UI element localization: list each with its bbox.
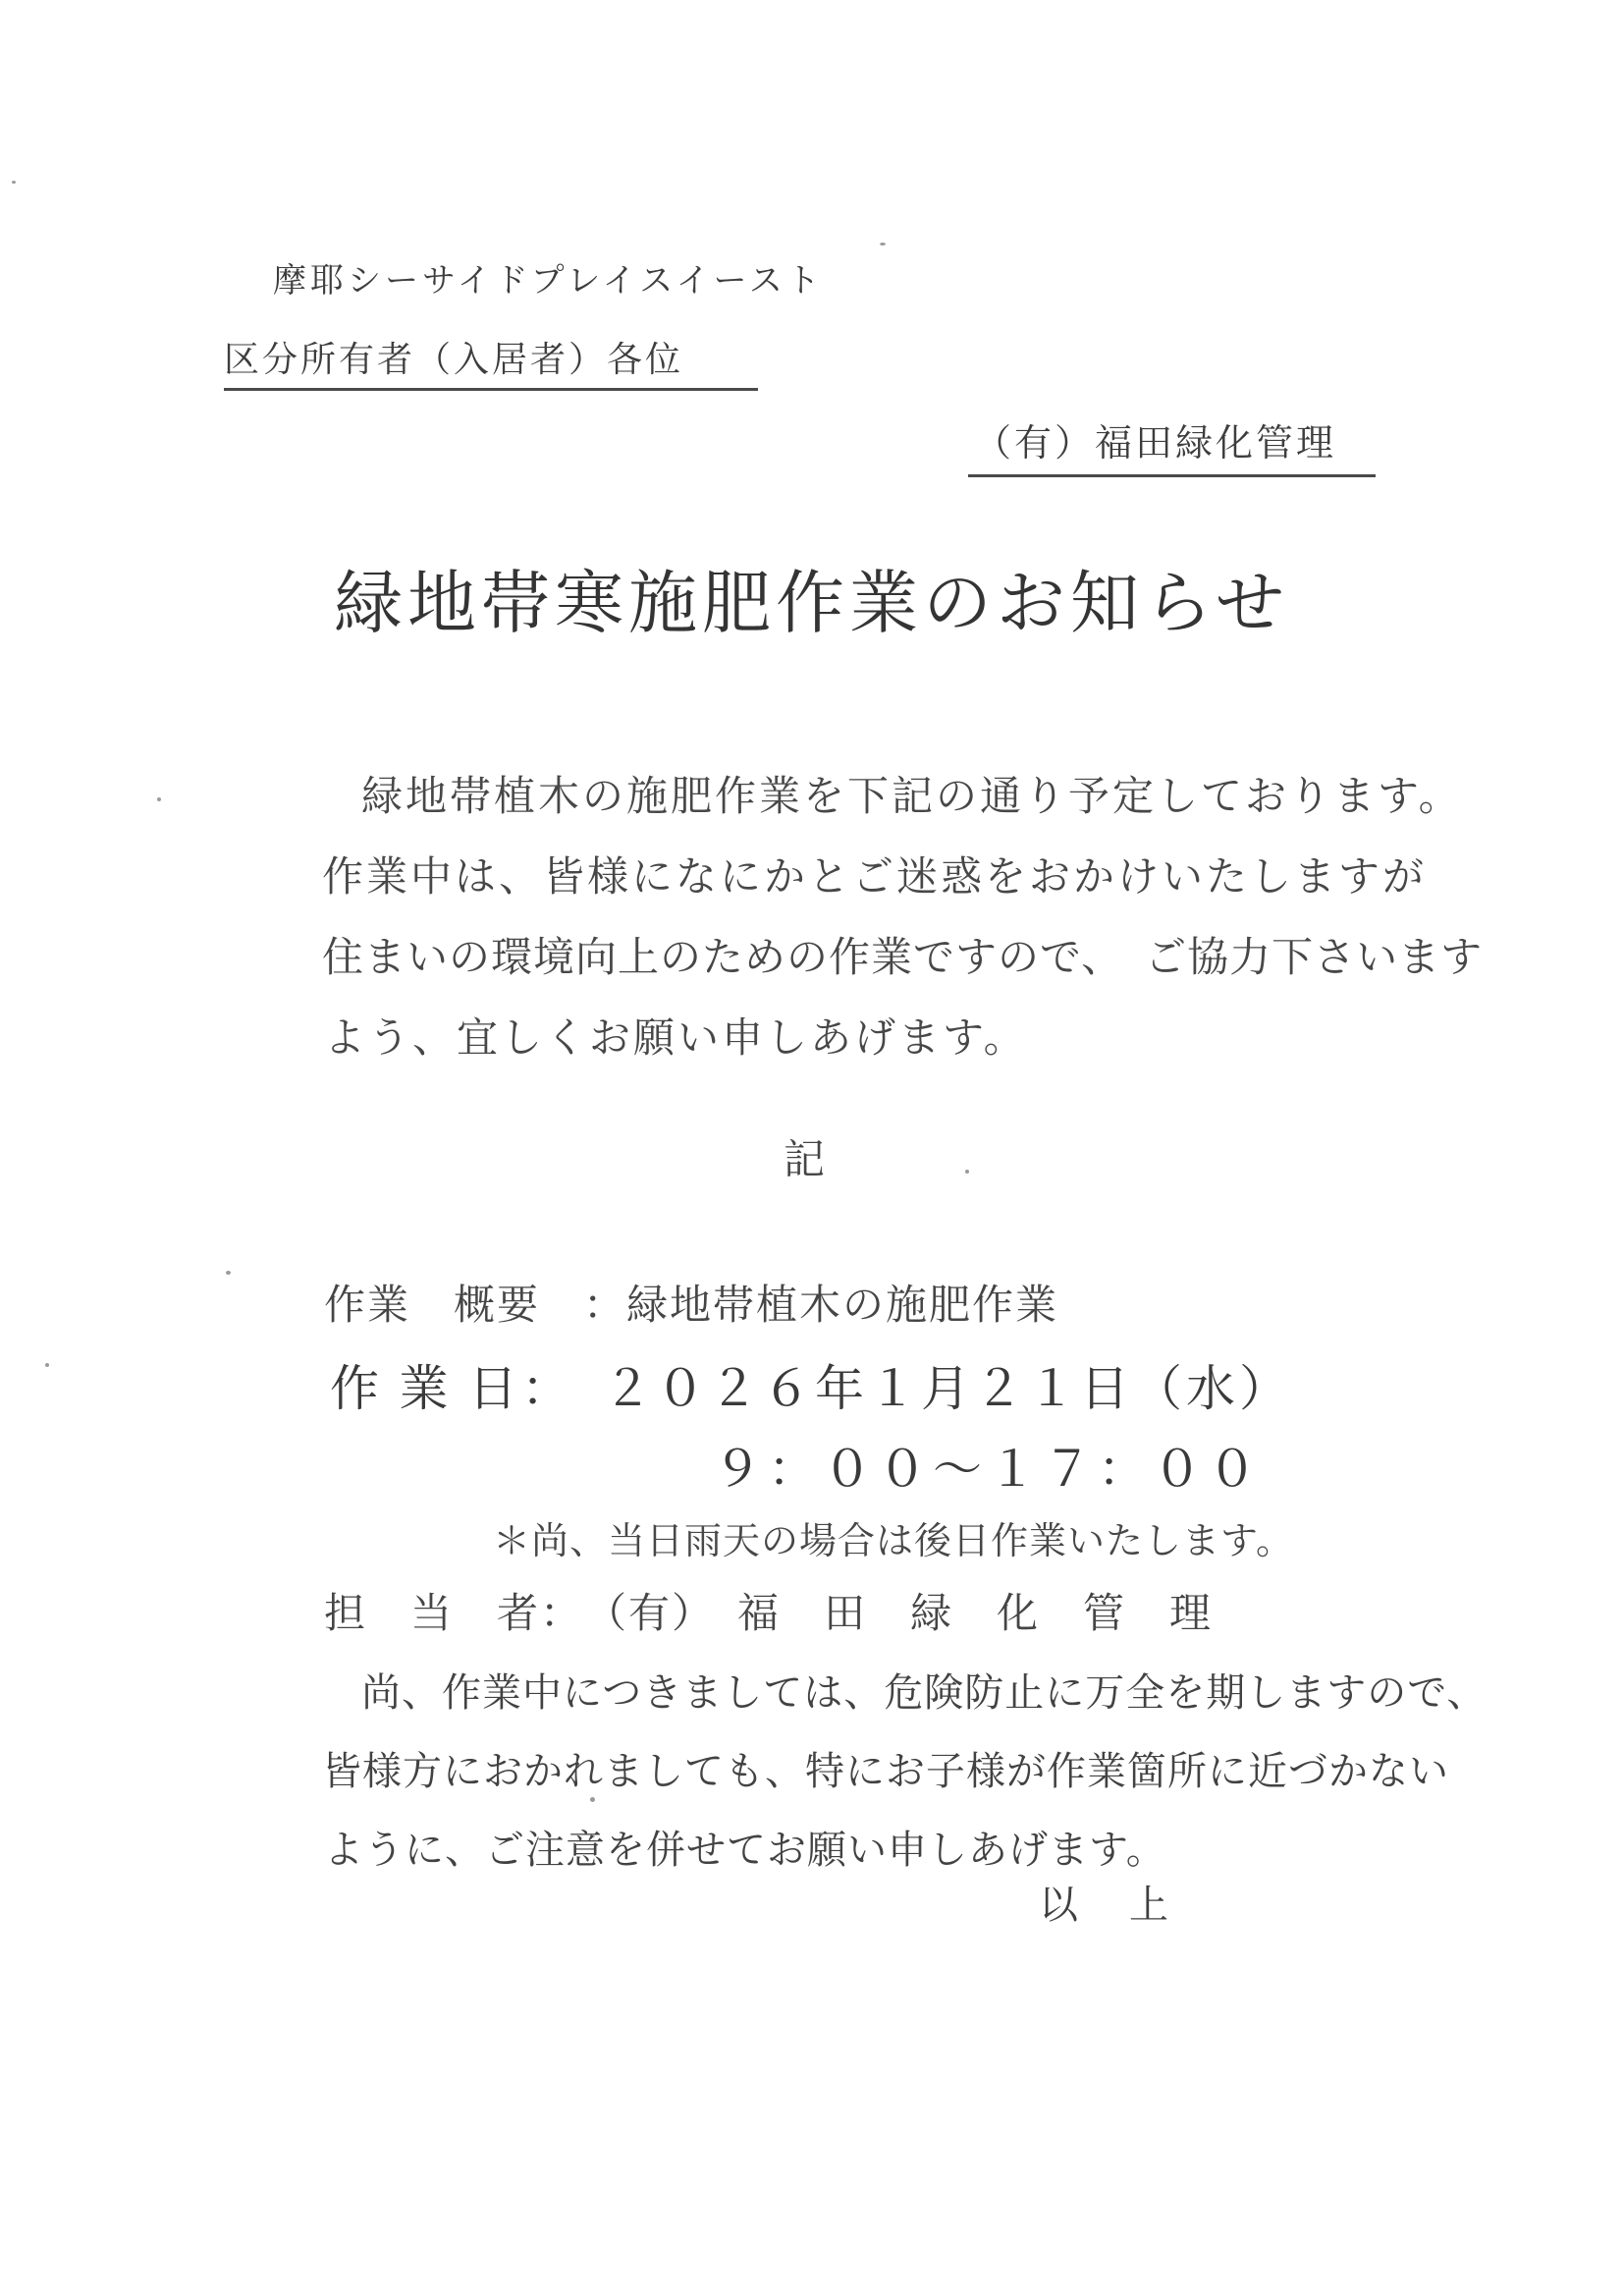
staff-line: 担 当 者： （有） 福 田 緑 化 管 理 [324, 1581, 1213, 1640]
closing-paragraph-line-3: ように、ご注意を併せてお願い申しあげます。 [324, 1819, 1166, 1875]
scan-speck [590, 1797, 595, 1802]
staff-label: 担 当 者： [324, 1592, 563, 1637]
scan-speck [226, 1271, 231, 1275]
recipient-addressees: 区分所有者（入居者）各位 [224, 332, 758, 391]
staff-spacer [563, 1592, 606, 1637]
work-date-spacer [550, 1361, 603, 1416]
body-paragraph-line-2: 作業中は、皆様になにかとご迷惑をおかけいたしますが [322, 845, 1427, 903]
sender-company-name: （有）福田緑化管理 [968, 412, 1376, 477]
scan-speck [965, 1170, 969, 1174]
scanned-notice-page: 摩耶シーサイドプレイスイースト 区分所有者（入居者）各位 （有）福田緑化管理 緑… [0, 0, 1623, 2296]
record-marker: 記 [784, 1127, 825, 1186]
scan-speck [880, 243, 886, 246]
body-paragraph-line-1: 緑地帯植木の施肥作業を下記の通り予定しております。 [361, 764, 1463, 823]
closing-paragraph-line-2: 皆様方におかれましても、特にお子様が作業箇所に近づかない [322, 1740, 1449, 1796]
notice-title: 緑地帯寒施肥作業のお知らせ [0, 548, 1623, 647]
closing-paragraph-line-1: 尚、作業中につきましては、危険防止に万全を期しますので、 [361, 1662, 1487, 1718]
work-date-line: 作 業 日： ２０２６年１月２１日（水） [330, 1349, 1292, 1420]
rain-postponement-note: ＊尚、当日雨天の場合は後日作業いたします。 [493, 1510, 1294, 1564]
scan-speck [45, 1363, 49, 1367]
recipient-building-name: 摩耶シーサイドプレイスイースト [273, 253, 824, 301]
body-paragraph-line-4: よう、宜しくお願い申しあげます。 [324, 1006, 1028, 1065]
work-overview-label: 作業 概要 ： [324, 1284, 626, 1329]
work-date-value: ２０２６年１月２１日（水） [603, 1361, 1292, 1416]
closing-marker: 以 上 [1039, 1874, 1174, 1930]
scan-speck [12, 181, 16, 184]
body-paragraph-line-3: 住まいの環境向上のための作業ですので、 ご協力下さいます [322, 925, 1483, 984]
work-time-value: ９：００～１７：００ [713, 1430, 1263, 1501]
work-overview-value: 緑地帯植木の施肥作業 [626, 1284, 1058, 1329]
work-overview-line: 作業 概要 ：緑地帯植木の施肥作業 [324, 1273, 1058, 1332]
staff-value: （有） 福 田 緑 化 管 理 [606, 1592, 1213, 1637]
work-date-label: 作 業 日： [330, 1361, 550, 1416]
scan-speck [157, 797, 161, 801]
